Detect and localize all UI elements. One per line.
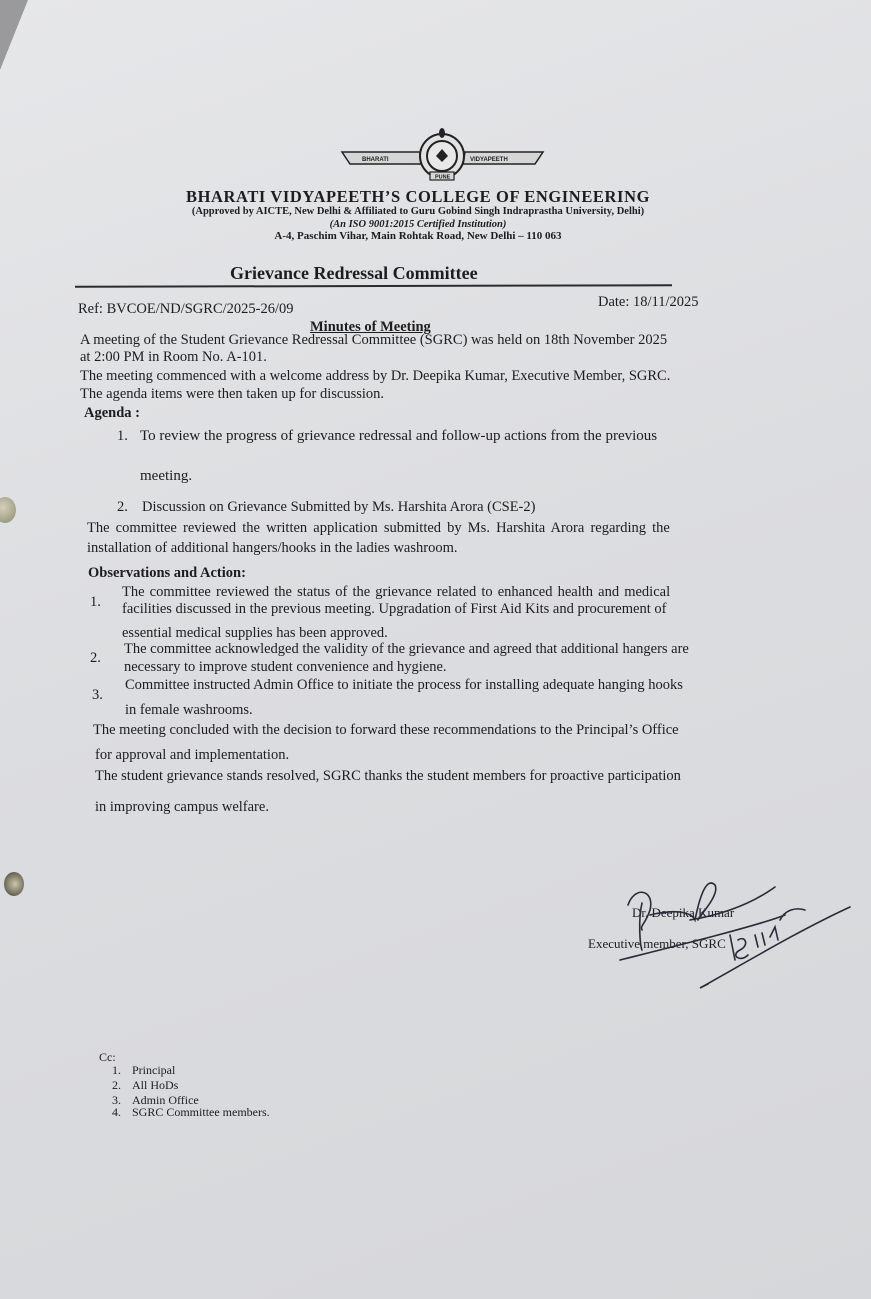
cc-heading: Cc:	[99, 1050, 116, 1064]
review-line: installation of additional hangers/hooks…	[87, 540, 458, 557]
cc-number: 2.	[112, 1078, 121, 1092]
header-divider	[75, 284, 672, 288]
approval-line: (Approved by AICTE, New Delhi & Affiliat…	[128, 206, 708, 217]
observation-line: The committee reviewed the status of the…	[122, 584, 670, 601]
observations-heading: Observations and Action:	[88, 565, 246, 582]
cc-number: 1.	[112, 1063, 121, 1077]
cc-number: 4.	[112, 1105, 121, 1119]
punch-hole	[0, 497, 16, 523]
intro-line: at 2:00 PM in Room No. A-101.	[80, 349, 267, 366]
observation-line: facilities discussed in the previous mee…	[122, 601, 666, 618]
punch-hole	[4, 872, 24, 896]
intro-line: The meeting commenced with a welcome add…	[80, 368, 670, 385]
resolved-line: The student grievance stands resolved, S…	[95, 768, 681, 785]
page-corner-shadow	[0, 0, 28, 70]
resolved-line: in improving campus welfare.	[95, 799, 269, 816]
agenda-number: 2.	[117, 499, 128, 516]
cc-item: All HoDs	[132, 1078, 178, 1092]
college-name: BHARATI VIDYAPEETH’S COLLEGE OF ENGINEER…	[128, 187, 708, 207]
observation-line: in female washrooms.	[125, 702, 253, 719]
observation-number: 2.	[90, 650, 101, 667]
observation-number: 3.	[92, 687, 103, 704]
agenda-item-continued: meeting.	[140, 468, 192, 485]
review-line: The committee reviewed the written appli…	[87, 520, 670, 537]
cc-item: Principal	[132, 1063, 175, 1077]
committee-title: Grievance Redressal Committee	[230, 263, 478, 284]
agenda-heading: Agenda :	[84, 405, 140, 422]
svg-text:PUNE: PUNE	[435, 175, 451, 181]
conclusion-line: The meeting concluded with the decision …	[93, 722, 679, 739]
document-date: Date: 18/11/2025	[598, 294, 699, 311]
college-address: A-4, Paschim Vihar, Main Rohtak Road, Ne…	[128, 230, 708, 242]
observation-line: necessary to improve student convenience…	[124, 659, 447, 676]
observation-line: Committee instructed Admin Office to ini…	[125, 677, 683, 694]
agenda-item: To review the progress of grievance redr…	[140, 428, 657, 445]
iso-line: (An ISO 9001:2015 Certified Institution)	[128, 219, 708, 230]
svg-text:VIDYAPEETH: VIDYAPEETH	[470, 157, 508, 163]
svg-text:BHARATI: BHARATI	[362, 157, 389, 163]
intro-line: The agenda items were then taken up for …	[80, 386, 384, 403]
conclusion-line: for approval and implementation.	[95, 747, 289, 764]
handwritten-signature-icon	[580, 865, 870, 995]
agenda-item: Discussion on Grievance Submitted by Ms.…	[142, 499, 535, 516]
college-logo-icon: BHARATI VIDYAPEETH PUNE	[340, 128, 545, 184]
cc-item: SGRC Committee members.	[132, 1105, 270, 1119]
agenda-number: 1.	[117, 428, 128, 445]
reference-number: Ref: BVCOE/ND/SGRC/2025-26/09	[78, 301, 294, 318]
observation-line: The committee acknowledged the validity …	[124, 641, 689, 658]
observation-line: essential medical supplies has been appr…	[122, 625, 388, 642]
observation-number: 1.	[90, 594, 101, 611]
intro-line: A meeting of the Student Grievance Redre…	[80, 332, 667, 349]
